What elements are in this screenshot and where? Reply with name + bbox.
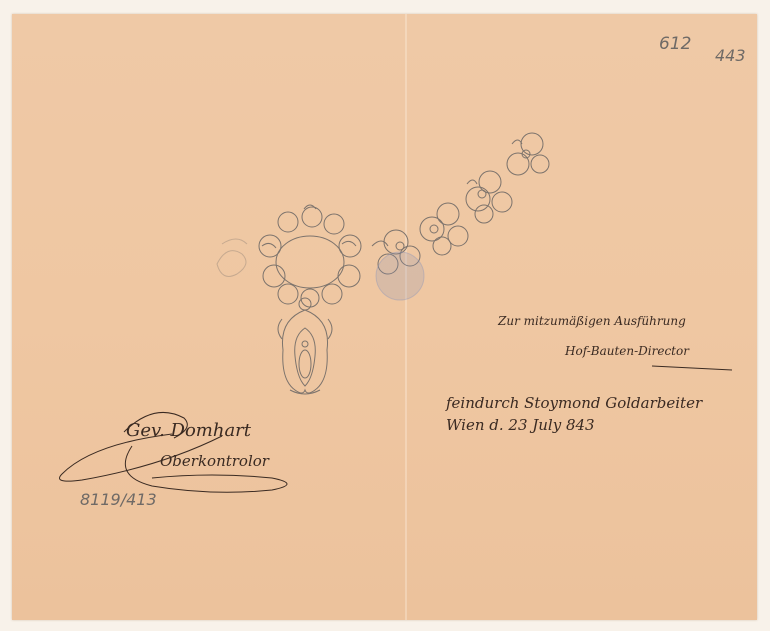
annotation-line-2: Hof-Bauten-Director <box>565 344 689 358</box>
annotation-line-4: Wien d. 23 July 843 <box>446 416 595 434</box>
annotation-line-3: feindurch Stoymond Goldarbeiter <box>446 394 702 412</box>
signature-name: Gev. Domhart <box>126 420 251 441</box>
archive-number-8119-413: 8119/413 <box>80 490 157 509</box>
director-underline <box>652 366 732 370</box>
signature-title: Oberkontrolor <box>160 452 269 470</box>
annotation-line-1: Zur mitzumäßigen Ausführung <box>498 314 686 328</box>
tracing-paper-sheet: 612 443 <box>12 14 757 620</box>
archive-stamp <box>376 252 424 300</box>
